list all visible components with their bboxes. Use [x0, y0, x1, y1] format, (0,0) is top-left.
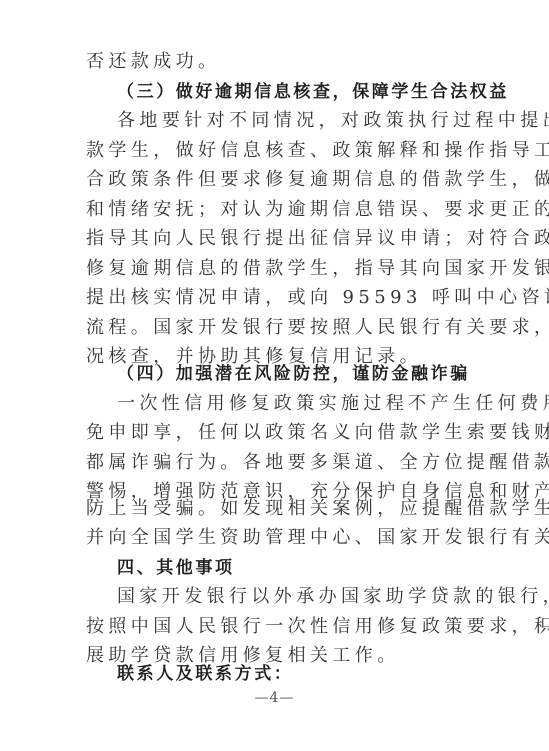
- section-heading-3: （三）做好逾期信息核查，保障学生合法权益: [117, 80, 501, 104]
- text-line: 指导其向人民银行提出征信异议申请；对符合政策条件但未: [86, 227, 470, 251]
- text-line: 合政策条件但要求修复逾期信息的借款学生，做好政策解释: [86, 168, 470, 192]
- text-line: 免申即享，任何以政策名义向借款学生索要钱财、信息的: [86, 421, 470, 445]
- text-line: 修复逾期信息的借款学生，指导其向国家开发银行相关分行: [86, 257, 470, 281]
- text-line: 流程。国家开发银行要按照人民银行有关要求，为其办理情: [86, 316, 470, 340]
- text-line: 否还款成功。: [86, 50, 470, 74]
- text-line: 款学生，做好信息核查、政策解释和操作指导工作。对不符: [86, 139, 470, 163]
- text-line: 按照中国人民银行一次性信用修复政策要求，积极有序开: [86, 615, 470, 639]
- contact-heading: 联系人及联系方式：: [117, 662, 501, 686]
- text-line: 防上当受骗。如发现相关案例，应提醒借款学生及时报警，: [86, 497, 470, 521]
- page-number: —4—: [0, 690, 549, 706]
- text-line: 并向全国学生资助管理中心、国家开发银行有关部门报告。: [86, 526, 470, 550]
- document-page: 否还款成功。 （三）做好逾期信息核查，保障学生合法权益 各地要针对不同情况，对政…: [0, 0, 549, 751]
- text-line: 都属诈骗行为。各地要多渠道、全方位提醒借款学生提高: [86, 451, 470, 475]
- text-line: 各地要针对不同情况，对政策执行过程中提出异议的借: [117, 109, 501, 133]
- text-line: 和情绪安抚；对认为逾期信息错误、要求更正的借款学生，: [86, 198, 470, 222]
- section-heading-other: 四、其他事项: [117, 556, 501, 580]
- text-line: 一次性信用修复政策实施过程不产生任何费用、学生: [117, 392, 501, 416]
- text-line: 国家开发银行以外承办国家助学贷款的银行，要严格: [117, 585, 501, 609]
- text-line: 提出核实情况申请，或向 95593 呼叫中心咨询情况核查工作: [86, 286, 470, 310]
- section-heading-4: （四）加强潜在风险防控，谨防金融诈骗: [117, 362, 501, 386]
